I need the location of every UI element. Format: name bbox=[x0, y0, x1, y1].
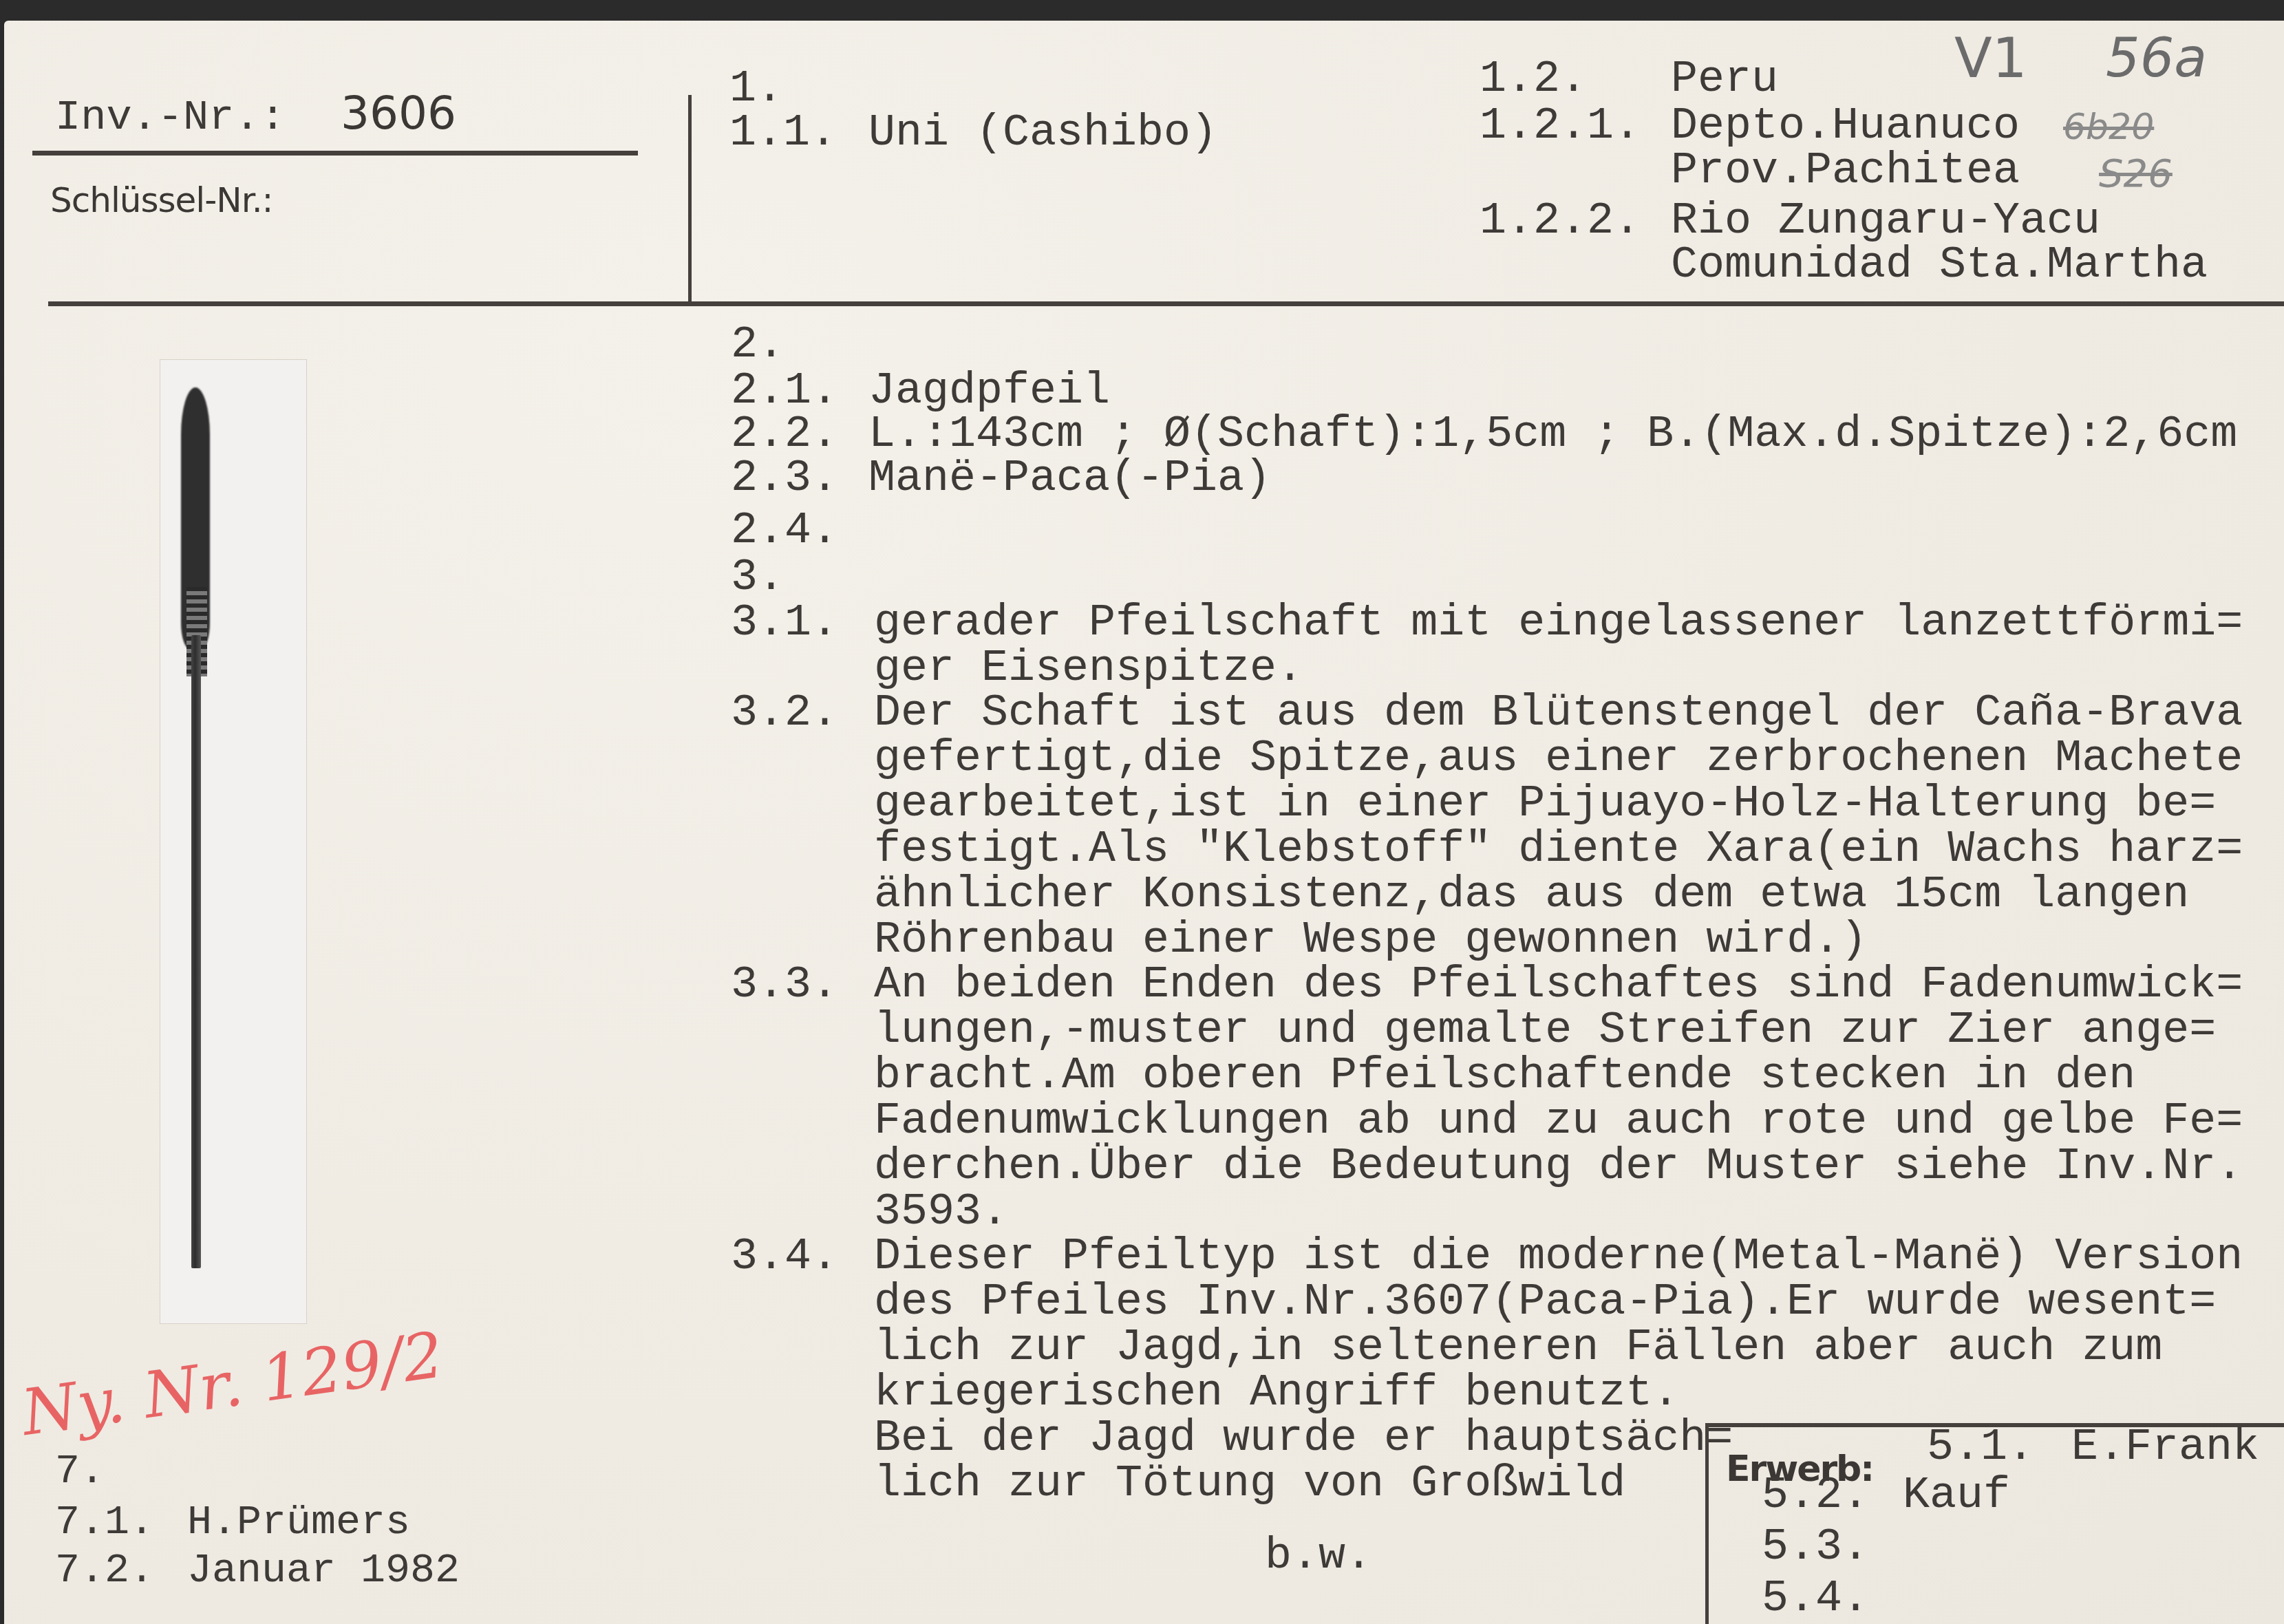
erwerb-item-value: Kauf bbox=[1903, 1473, 2010, 1518]
description-line: bracht.Am oberen Pfeilschaftende stecken… bbox=[874, 1053, 2135, 1098]
item-value: Jagdpfeil bbox=[868, 368, 1110, 414]
item-1-2-label: 1.2. bbox=[1480, 56, 1587, 102]
description-line: gefertigt,die Spitze,aus einer zerbroche… bbox=[874, 736, 2243, 781]
description-line: kriegerischen Angriff benutzt. bbox=[874, 1370, 1679, 1415]
description-line: An beiden Enden des Pfeilschaftes sind F… bbox=[874, 962, 2243, 1007]
description-line: Röhrenbau einer Wespe gewonnen wird.) bbox=[874, 917, 1867, 963]
header-divider bbox=[48, 301, 2284, 306]
description-line: gerader Pfeilschaft mit eingelassener la… bbox=[874, 600, 2243, 645]
item-1-2-1-value: Depto.Huanuco bbox=[1671, 103, 2020, 149]
continued-marker: b.w. bbox=[1265, 1533, 1372, 1579]
erwerb-item-label: 5.4. bbox=[1762, 1576, 1869, 1621]
description-line: Bei der Jagd wurde er hauptsäch= bbox=[874, 1415, 1733, 1461]
inv-underline bbox=[32, 151, 638, 156]
description-line: 3593. bbox=[874, 1189, 1008, 1235]
item-label: 7.1. bbox=[55, 1500, 154, 1546]
item-value: Januar 1982 bbox=[187, 1548, 460, 1594]
header-vertical-divider bbox=[688, 95, 692, 305]
item-1-2-2-label: 1.2.2. bbox=[1480, 198, 1641, 244]
description-line: Der Schaft ist aus dem Blütenstengel der… bbox=[874, 690, 2243, 736]
item-1-2-value: Peru bbox=[1671, 56, 1778, 102]
item-value: Manë-Paca(-Pia) bbox=[868, 456, 1271, 501]
description-line: ähnlicher Konsistenz,das aus dem etwa 15… bbox=[874, 872, 2189, 917]
description-line: lungen,-muster und gemalte Streifen zur … bbox=[874, 1007, 2216, 1053]
section-3-label: 3. bbox=[731, 555, 785, 600]
item-1-1-label: 1.1. bbox=[729, 110, 837, 156]
description-line: gearbeitet,ist in einer Pijuayo-Holz-Hal… bbox=[874, 781, 2216, 826]
erwerb-item-label: 5.3. bbox=[1762, 1524, 1869, 1570]
item-1-1-value: Uni (Cashibo) bbox=[868, 110, 1217, 156]
schluessel-label: Schlüssel-Nr.: bbox=[50, 180, 273, 220]
description-line: Dieser Pfeiltyp ist die moderne(Metal-Ma… bbox=[874, 1234, 2243, 1279]
description-line: lich zur Jagd,in selteneren Fällen aber … bbox=[874, 1325, 2162, 1370]
item-label: 3.2. bbox=[731, 690, 838, 736]
description-line: lich zur Tötung von Großwild bbox=[874, 1461, 1625, 1506]
item-1-2-1-value-2: Prov.Pachitea bbox=[1671, 148, 2020, 193]
item-label: 2.4. bbox=[731, 508, 838, 553]
item-label: 7.2. bbox=[55, 1548, 154, 1594]
item-label: 3.4. bbox=[731, 1234, 838, 1279]
item-1-2-1-label: 1.2.1. bbox=[1480, 103, 1641, 149]
arrow-shaft-image bbox=[191, 635, 201, 1268]
item-label: 3.1. bbox=[731, 600, 838, 645]
section-1-label: 1. bbox=[729, 66, 783, 111]
item-label: 3.3. bbox=[731, 962, 838, 1007]
erwerb-item-label: 5.1. bbox=[1927, 1424, 2034, 1470]
pencil-note-code: 56a bbox=[2106, 28, 2207, 89]
description-line: ger Eisenspitze. bbox=[874, 645, 1303, 691]
section-2-label: 2. bbox=[731, 322, 785, 367]
erwerb-item-label: 5.2. bbox=[1762, 1473, 1869, 1518]
inv-number-label: Inv.-Nr.: bbox=[55, 95, 286, 140]
inv-number-value: 3606 bbox=[341, 91, 456, 136]
description-line: derchen.Über die Bedeutung der Muster si… bbox=[874, 1144, 2243, 1189]
item-value: H.Prümers bbox=[187, 1500, 410, 1546]
section-7-label: 7. bbox=[55, 1449, 105, 1495]
item-label: 2.1. bbox=[731, 368, 838, 414]
erwerb-item-value: E.Frank bbox=[2071, 1424, 2259, 1470]
item-1-2-2-value-2: Comunidad Sta.Martha bbox=[1671, 242, 2208, 288]
pencil-note-struck-1: 6b20 bbox=[2063, 107, 2154, 148]
item-label: 2.2. bbox=[731, 412, 838, 457]
description-line: Fadenumwicklungen ab und zu auch rote un… bbox=[874, 1098, 2243, 1144]
item-1-2-2-value: Rio Zungaru-Yacu bbox=[1671, 198, 2100, 244]
arrow-photo bbox=[160, 359, 307, 1324]
item-label: 2.3. bbox=[731, 456, 838, 501]
description-line: festigt.Als "Klebstoff" diente Xara(ein … bbox=[874, 826, 2243, 872]
description-line: des Pfeiles Inv.Nr.3607(Paca-Pia).Er wur… bbox=[874, 1279, 2216, 1325]
item-value: L.:143cm ; Ø(Schaft):1,5cm ; B.(Max.d.Sp… bbox=[868, 412, 2237, 457]
pencil-note-v1: V1 bbox=[1954, 26, 2027, 90]
pencil-note-struck-2: S26 bbox=[2099, 151, 2173, 196]
